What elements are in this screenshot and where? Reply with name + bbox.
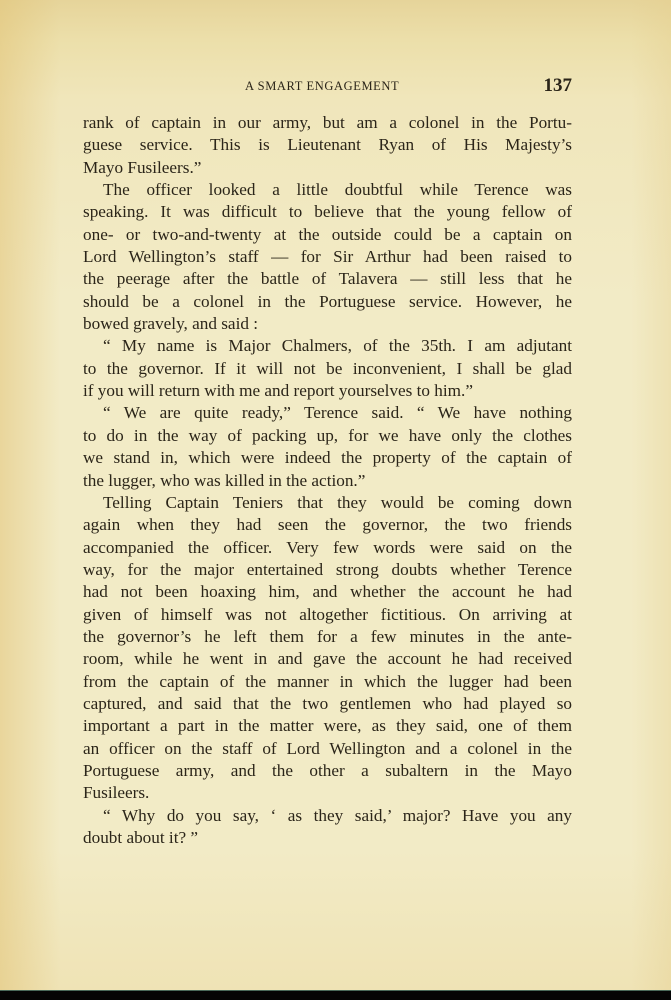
text-line: The officer looked a little doubtful whi… (83, 179, 572, 201)
text-line: again when they had seen the governor, t… (83, 514, 572, 536)
text-line: accompanied the officer. Very few words … (83, 537, 572, 559)
text-line: given of himself was not altogether fict… (83, 604, 572, 626)
text-line: to the governor. If it will not be incon… (83, 358, 572, 380)
text-line: an officer on the staff of Lord Wellingt… (83, 738, 572, 760)
text-line: to do in the way of packing up, for we h… (83, 425, 572, 447)
text-line: rank of captain in our army, but am a co… (83, 112, 572, 134)
text-line: the governor’s he left them for a few mi… (83, 626, 572, 648)
text-line: if you will return with me and report yo… (83, 380, 572, 402)
text-line: doubt about it? ” (83, 827, 572, 849)
chapter-title: A SMART ENGAGEMENT (245, 79, 399, 94)
text-line: “ We are quite ready,” Terence said. “ W… (83, 402, 572, 424)
text-line: Lord Wellington’s staff — for Sir Arthur… (83, 246, 572, 268)
text-line: speaking. It was difficult to believe th… (83, 201, 572, 223)
text-line: captured, and said that the two gentleme… (83, 693, 572, 715)
text-line: room, while he went in and gave the acco… (83, 648, 572, 670)
text-line: the peerage after the battle of Talavera… (83, 268, 572, 290)
text-line: the lugger, who was killed in the action… (83, 470, 572, 492)
text-line: bowed gravely, and said : (83, 313, 572, 335)
text-line: “ Why do you say, ‘ as they said,’ major… (83, 805, 572, 827)
text-line: from the captain of the manner in which … (83, 671, 572, 693)
running-head: A SMART ENGAGEMENT 137 (83, 76, 572, 98)
book-page: A SMART ENGAGEMENT 137 rank of captain i… (0, 0, 671, 990)
text-line: Fusileers. (83, 782, 572, 804)
text-line: important a part in the matter were, as … (83, 715, 572, 737)
text-line: we stand in, which were indeed the prope… (83, 447, 572, 469)
text-line: Portuguese army, and the other a subalte… (83, 760, 572, 782)
text-line: should be a colonel in the Portuguese se… (83, 291, 572, 313)
body-text: rank of captain in our army, but am a co… (83, 112, 572, 849)
text-line: Telling Captain Teniers that they would … (83, 492, 572, 514)
text-line: way, for the major entertained strong do… (83, 559, 572, 581)
text-line: one- or two-and-twenty at the outside co… (83, 224, 572, 246)
text-line: Mayo Fusileers.” (83, 157, 572, 179)
scan-bottom-edge (0, 990, 671, 1000)
text-line: had not been hoaxing him, and whether th… (83, 581, 572, 603)
text-line: “ My name is Major Chalmers, of the 35th… (83, 335, 572, 357)
page-number: 137 (544, 75, 573, 97)
text-line: guese service. This is Lieutenant Ryan o… (83, 134, 572, 156)
